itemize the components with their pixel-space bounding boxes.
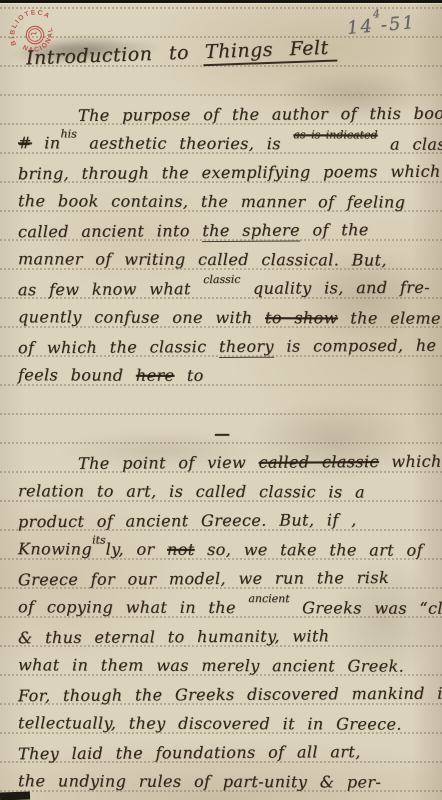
text-segment: of which the classic [18, 337, 219, 357]
text-segment: of the [300, 220, 369, 239]
text-segment: , [381, 773, 442, 792]
text-segment: so, we take the art of [195, 540, 423, 560]
text-segment: which, in [379, 451, 442, 471]
text-segment: ly, or [106, 540, 167, 559]
manuscript-lines: The purpose of the author of this book, … [18, 100, 428, 796]
manuscript-line: Knowingitsly, or not so, we take the art… [18, 534, 428, 564]
struck-text: # [18, 133, 32, 152]
manuscript-line: product of ancient Greece. But, if , [18, 505, 428, 537]
manuscript-line: of copying what in the ancient Greeks wa… [18, 592, 428, 622]
manuscript-line: The purpose of the author of this book, … [18, 99, 428, 131]
text-segment: Knowing [18, 539, 92, 558]
text-segment: in [32, 133, 61, 152]
stamp-emblem [31, 31, 37, 37]
text-segment: tellectually, they discovered it in Gree… [18, 713, 402, 733]
manuscript-line: the book contains, the manner of feeling [18, 186, 428, 216]
text-segment: quently confuse one with [18, 307, 265, 327]
manuscript-line: tellectually, they discovered it in Gree… [18, 708, 428, 738]
text-segment: theory [219, 337, 274, 358]
text-segment: quality is, and fre- [240, 278, 430, 298]
manuscript-line: For, though the Greeks discovered mankin… [18, 679, 428, 711]
catalog-main: 14 [346, 16, 375, 39]
manuscript-line: bring, through the exemplifying poems wh… [18, 157, 428, 189]
text-segment: Greeks was “classic”, [290, 598, 442, 618]
text-segment: The point of view [78, 453, 259, 473]
text-segment: the sphere [202, 221, 300, 243]
struck-text: to show [265, 308, 338, 327]
manuscript-line: the undying rules of part-unity & per- , [18, 766, 428, 796]
text-segment: For, though the Greeks discovered mankin… [18, 684, 442, 706]
text-segment: — [214, 424, 232, 443]
catalog-number: 144-51 [346, 11, 417, 39]
text-segment: called ancient into [18, 221, 202, 241]
text-segment: Greece for our model, we run the risk [18, 568, 389, 589]
manuscript-line: called ancient into the sphere of the [18, 215, 428, 247]
title-plain: Introduction to [26, 42, 190, 70]
text-segment: to [174, 366, 203, 385]
text-segment: aesthetic theories, is [77, 133, 294, 153]
manuscript-line: as few know what classic quality is, and… [18, 273, 428, 305]
manuscript-page: BIBLIOTECA NACIONAL 144-51 Introduction … [0, 0, 442, 800]
manuscript-line: relation to art, is called classic is a [18, 476, 428, 506]
manuscript-line: Greece for our model, we run the risk [18, 563, 428, 595]
text-segment: feels bound [18, 365, 136, 384]
scan-edge-highlight [0, 3, 442, 4]
manuscript-line: manner of writing called classical. But, [18, 244, 428, 274]
text-segment: relation to art, is called classic is a [18, 481, 365, 501]
catalog-superscript: 4 [372, 7, 380, 21]
text-segment: bring, through the exemplifying poems wh… [18, 162, 441, 184]
catalog-suffix: -51 [380, 12, 417, 36]
struck-text: here [136, 366, 175, 385]
text-segment: a classicist , is to [378, 135, 442, 155]
manuscript-line: what in them was merely ancient Greek. [18, 650, 428, 680]
text-segment: what in them was merely ancient Greek. [18, 655, 404, 675]
title-underlined: Things Felt [203, 37, 338, 67]
manuscript-line: of which the classic theory is composed,… [18, 331, 428, 363]
manuscript-line: The point of view called classic which, … [18, 447, 428, 479]
scan-corner-mark [0, 791, 30, 800]
text-segment: the book contains, the manner of feeling [18, 191, 405, 211]
text-segment: the undying rules of part-unity & per- [18, 771, 381, 791]
text-segment: product of ancient Greece. But, if , [18, 510, 357, 531]
section-separator-dash: — [18, 418, 428, 448]
text-segment: the elements, [338, 308, 442, 327]
manuscript-line: quently confuse one with to show the ele… [18, 302, 428, 332]
text-segment: They laid the foundations of all art, [18, 742, 361, 763]
manuscript-line: They laid the foundations of all art, [18, 737, 428, 769]
text-segment: is composed, he [274, 336, 437, 356]
text-segment: as few know what [18, 279, 203, 299]
struck-text: not [167, 540, 195, 559]
text-segment: The purpose of the author of this book, … [78, 103, 442, 125]
manuscript-line: & thus eternal to humanity, with [18, 621, 428, 653]
text-segment: & thus eternal to humanity, with [18, 626, 330, 647]
text-segment: of copying what in the [18, 597, 248, 617]
struck-text: called classic [259, 452, 379, 472]
manuscript-line: # inhis aesthetic theories, is as is ind… [18, 128, 428, 158]
manuscript-line: feels bound here to [18, 360, 428, 390]
manuscript-line [18, 389, 428, 421]
text-segment: manner of writing called classical. But, [18, 249, 387, 269]
